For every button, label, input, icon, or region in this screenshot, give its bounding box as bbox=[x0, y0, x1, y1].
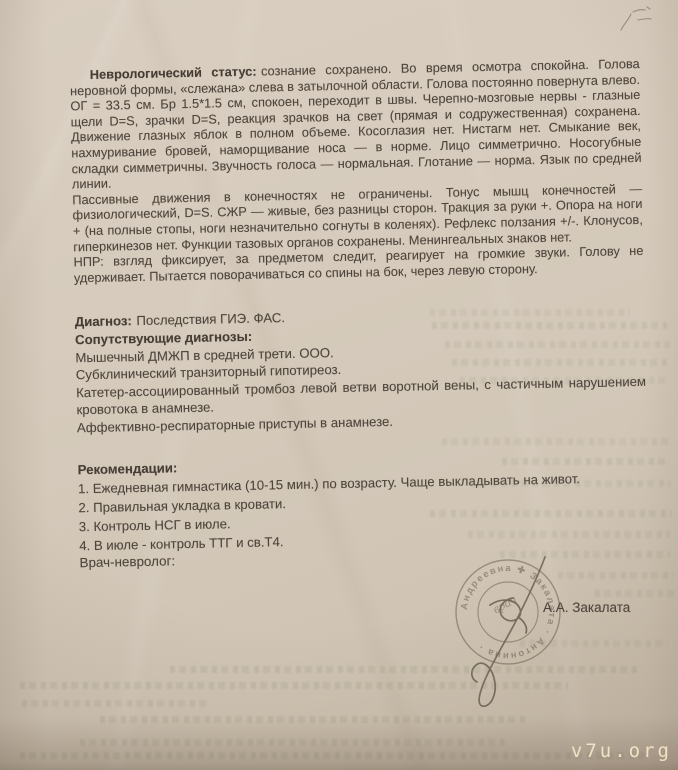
document-photo: Неврологический статус:сознание сохранен… bbox=[0, 0, 678, 770]
document-text: Неврологический статус:сознание сохранен… bbox=[0, 0, 678, 572]
status-block: Неврологический статус:сознание сохранен… bbox=[70, 56, 644, 286]
diagnosis-block: Диагноз:Последствия ГИЭ. ФАС. Сопутствую… bbox=[75, 302, 647, 437]
doctor-signature-name: А.А. Закалата bbox=[543, 600, 630, 615]
recommendations-block: Рекомендации: 1. Ежедневная гимнастика (… bbox=[78, 449, 650, 555]
diagnosis-label: Диагноз: bbox=[75, 313, 132, 329]
bleed-through-line bbox=[20, 752, 645, 759]
watermark: v7u.org bbox=[571, 740, 672, 762]
diagnosis-text: Последствия ГИЭ. ФАС. bbox=[136, 310, 285, 328]
stamp-center-text: врач bbox=[490, 591, 519, 616]
doctor-stamp: Андреевна ✚ Закалата · Антонина · врач bbox=[430, 545, 650, 725]
bleed-through-line bbox=[22, 700, 210, 707]
stamp-inner-ring bbox=[478, 582, 538, 642]
pen-scribble bbox=[595, 0, 665, 40]
bleed-through-line bbox=[80, 739, 508, 746]
passive-movements-paragraph: Пассивные движения в конечностях не огра… bbox=[72, 181, 643, 255]
neuro-status-paragraph: Неврологический статус:сознание сохранен… bbox=[70, 56, 642, 192]
